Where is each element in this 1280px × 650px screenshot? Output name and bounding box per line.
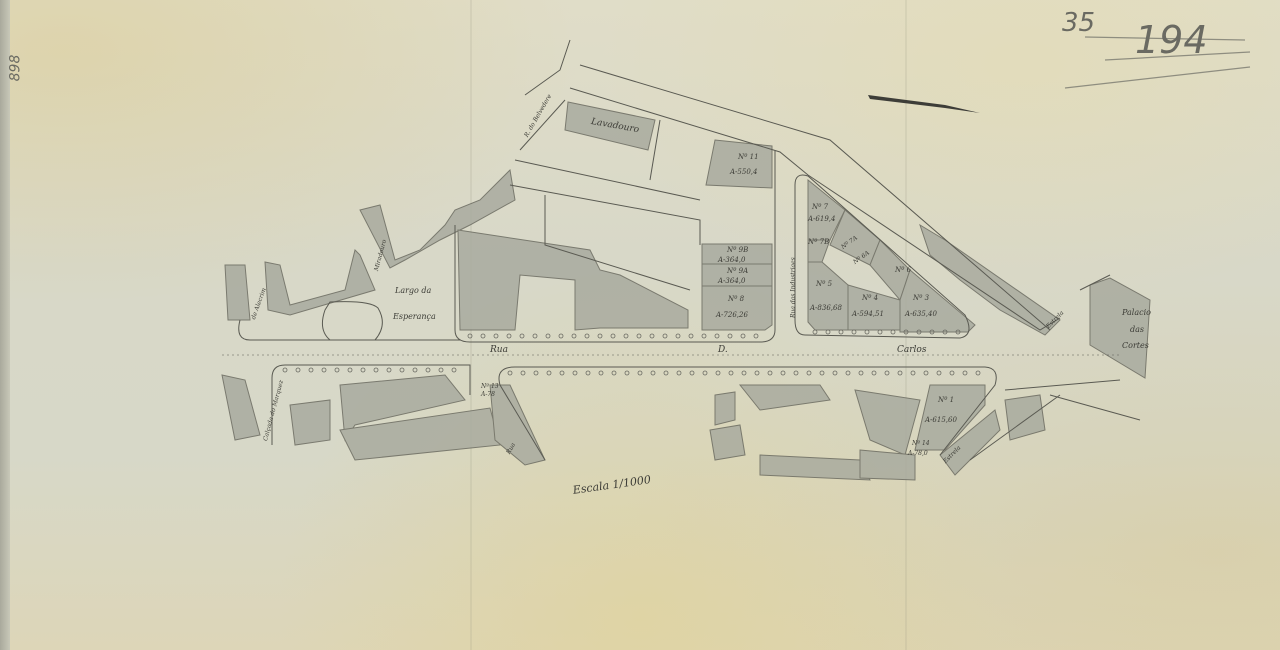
lot-11-num: Nº 11 [738, 153, 759, 161]
lot-9a-area: A-364,0 [718, 277, 745, 285]
lot-1-area: A-615,60 [925, 416, 957, 424]
lot-7b-num: Nº 7B [808, 238, 829, 246]
street-label-d: D. [718, 345, 728, 355]
lot-4-num: Nº 4 [862, 294, 878, 302]
lot-9b-area: A-364,0 [718, 256, 745, 264]
lot-11-area: A-550,4 [730, 168, 757, 176]
lot-3-num: Nº 3 [913, 294, 929, 302]
lot-13-num: Nº 13 [481, 383, 499, 390]
archive-number-crossed: 194 [1135, 18, 1208, 62]
palacio-label: Palacio [1122, 308, 1151, 317]
lot-9a-num: Nº 9A [727, 267, 748, 275]
lot-6-num: Nº 6 [895, 266, 911, 274]
street-label-carlos: Carlos [897, 345, 926, 355]
largo-label-2: Esperança [393, 312, 436, 321]
largo-label: Largo da [395, 286, 431, 295]
lot-1-num: Nº 1 [938, 396, 954, 404]
lot-7-num: Nº 7 [812, 203, 828, 211]
lot-7-area: A-619,4 [808, 215, 835, 223]
lot-4-area: A-594,51 [852, 310, 884, 318]
lot-13-area: A-78 [481, 391, 495, 398]
margin-number: 898 [7, 55, 23, 82]
lot-14-area: A-78,0 [908, 450, 928, 457]
palacio-label-3: Cortes [1122, 341, 1149, 350]
street-label-industriaes: Rua das Industriaes [790, 257, 797, 318]
north-arrow [868, 95, 980, 113]
archive-number: 35 [1062, 8, 1095, 38]
lot-8-num: Nº 8 [728, 295, 744, 303]
lot-9b-num: Nº 9B [727, 246, 748, 254]
lot-5-num: Nº 5 [816, 280, 832, 288]
lot-14-num: Nº 14 [912, 440, 930, 447]
street-label-rua: Rua [490, 345, 508, 355]
palacio-label-2: das [1130, 325, 1144, 334]
lot-5-area: A-836,68 [810, 304, 842, 312]
building-blocks [222, 102, 1150, 480]
lot-3-area: A-635,40 [905, 310, 937, 318]
map-drawing [0, 0, 1280, 650]
lot-8-area: A-726,26 [716, 311, 748, 319]
